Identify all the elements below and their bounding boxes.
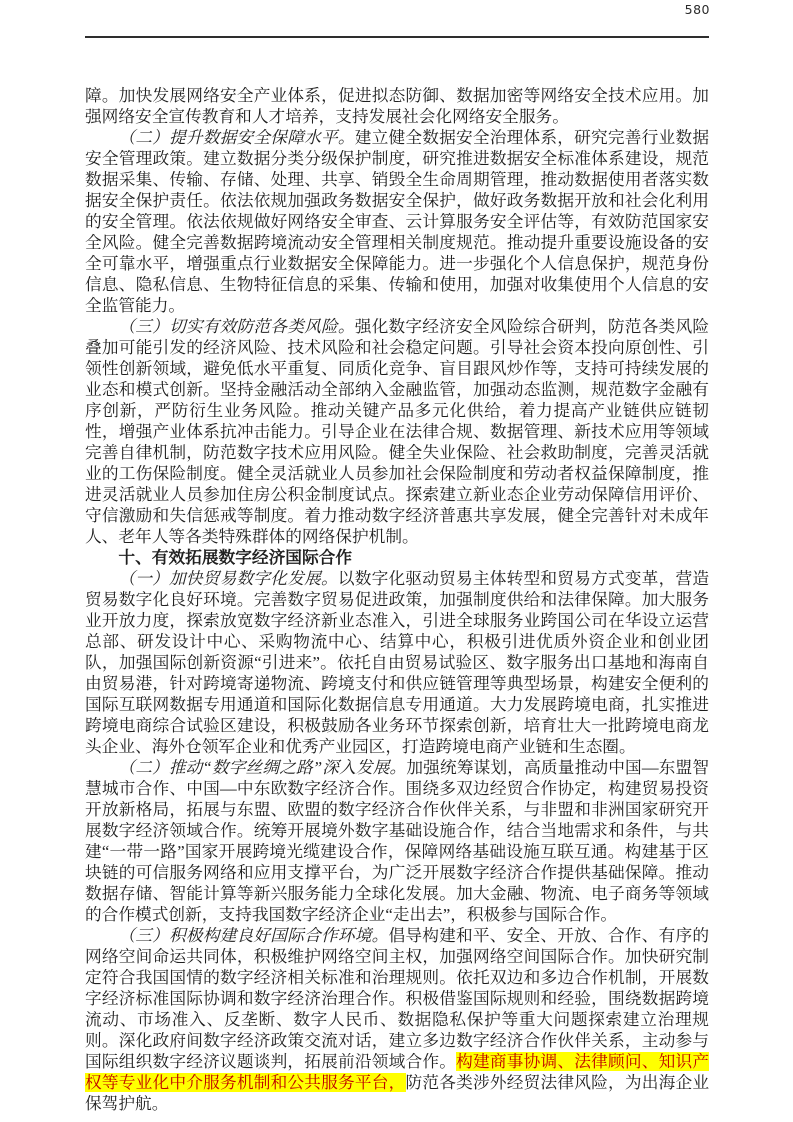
paragraph-lead: （三）积极构建良好国际合作环境。 <box>118 926 388 945</box>
paragraph-text: 强化数字经济安全风险综合研判，防范各类风险叠加可能引发的经济风险、技术风险和社会… <box>85 317 709 546</box>
document-page: 580 障。加快发展网络安全产业体系，促进拟态防御、数据加密等网络安全技术应用。… <box>0 0 793 1122</box>
paragraph-text: 障。加快发展网络安全产业体系，促进拟态防御、数据加密等网络安全技术应用。加强网络… <box>85 86 709 126</box>
paragraph-text: 以数字化驱动贸易主体转型和贸易方式变革，营造贸易数字化良好环境。完善数字贸易促进… <box>85 569 709 756</box>
paragraph-text: 倡导构建和平、安全、开放、合作、有序的网络空间命运共同体，积极维护网络空间主权，… <box>85 926 709 1071</box>
page-content: 障。加快发展网络安全产业体系，促进拟态防御、数据加密等网络安全技术应用。加强网络… <box>85 85 709 1114</box>
paragraph-risk-prevention: （三）切实有效防范各类风险。强化数字经济安全风险综合研判，防范各类风险叠加可能引… <box>85 316 709 547</box>
page-number: 580 <box>685 2 710 17</box>
paragraph-lead: （三）切实有效防范各类风险。 <box>118 317 354 336</box>
paragraph-lead: （二）提升数据安全保障水平。 <box>118 128 354 147</box>
paragraph-text: 加强统筹谋划，高质量推动中国—东盟智慧城市合作、中国—中东欧数字经济合作。围绕多… <box>85 758 709 924</box>
paragraph-data-security: （二）提升数据安全保障水平。建立健全数据安全治理体系，研究完善行业数据安全管理政… <box>85 127 709 316</box>
paragraph-international-environment: （三）积极构建良好国际合作环境。倡导构建和平、安全、开放、合作、有序的网络空间命… <box>85 925 709 1114</box>
paragraph-digital-silk-road: （二）推动“数字丝绸之路”深入发展。加强统筹谋划，高质量推动中国—东盟智慧城市合… <box>85 757 709 925</box>
header-rule <box>85 36 709 38</box>
paragraph-continuation: 障。加快发展网络安全产业体系，促进拟态防御、数据加密等网络安全技术应用。加强网络… <box>85 85 709 127</box>
paragraph-lead: （二）推动“数字丝绸之路”深入发展。 <box>118 758 406 777</box>
paragraph-trade-digitalization: （一）加快贸易数字化发展。以数字化驱动贸易主体转型和贸易方式变革，营造贸易数字化… <box>85 568 709 757</box>
section-heading: 十、有效拓展数字经济国际合作 <box>85 547 709 568</box>
paragraph-text: 建立健全数据安全治理体系，研究完善行业数据安全管理政策。建立数据分类分级保护制度… <box>85 128 709 315</box>
paragraph-lead: （一）加快贸易数字化发展。 <box>118 569 337 588</box>
